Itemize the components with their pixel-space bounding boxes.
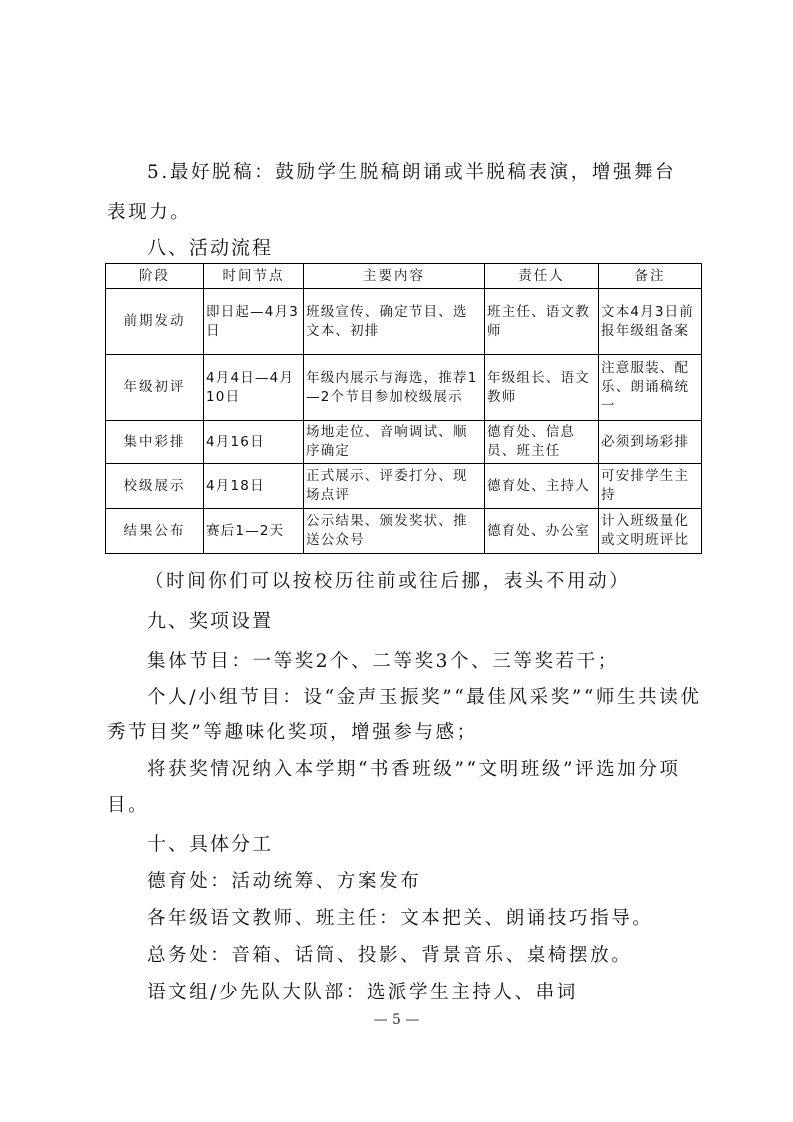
table-row: 集中彩排 4月16日 场地走位、音响调试、顺序确定 德育处、信息员、班主任 必须… [106,421,702,464]
cell-content: 班级宣传、确定节目、选文本、初排 [304,289,485,355]
section-9-title: 九、奖项设置 [147,605,273,637]
cell-time: 即日起—4月3日 [204,289,304,355]
header-content: 主要内容 [304,264,485,289]
cell-note: 注意服装、配乐、朗诵稿统一 [599,355,702,421]
cell-stage: 结果公布 [106,509,204,554]
cell-owner: 德育处、主持人 [485,464,599,509]
duty-item: 语文组/少先队大队部：选派学生主持人、串词 [147,977,578,1009]
award-credit-line-1: 将获奖情况纳入本学期“书香班级”“文明班级”评选加分项 [147,754,681,786]
cell-note: 必须到场彩排 [599,421,702,464]
cell-note: 可安排学生主持 [599,464,702,509]
table-header-row: 阶段 时间节点 主要内容 责任人 备注 [106,264,702,289]
cell-note: 计入班级量化或文明班评比 [599,509,702,554]
cell-stage: 前期发动 [106,289,204,355]
cell-time: 赛后1—2天 [204,509,304,554]
cell-stage: 年级初评 [106,355,204,421]
header-note: 备注 [599,264,702,289]
award-individual-line-1: 个人/小组节目：设“金声玉振奖”“最佳风采奖”“师生共读优 [147,682,701,714]
duty-item: 各年级语文教师、班主任：文本把关、朗诵技巧指导。 [147,903,653,935]
cell-content: 公示结果、颁发奖状、推送公众号 [304,509,485,554]
document-page: 5.最好脱稿：鼓励学生脱稿朗诵或半脱稿表演，增强舞台 表现力。 八、活动流程 阶… [0,0,793,1122]
cell-owner: 德育处、办公室 [485,509,599,554]
award-credit-line-2: 目。 [107,790,149,822]
award-individual-line-2: 秀节目奖”等趣味化奖项，增强参与感； [107,717,478,749]
page-number: — 5 — [0,1012,793,1028]
duty-item: 德育处：活动统筹、方案发布 [147,866,421,898]
cell-owner: 年级组长、语文教师 [485,355,599,421]
duty-item: 总务处：音箱、话筒、投影、背景音乐、桌椅摆放。 [147,940,632,972]
section-8-title: 八、活动流程 [147,232,273,264]
cell-owner: 班主任、语文教师 [485,289,599,355]
table-row: 结果公布 赛后1—2天 公示结果、颁发奖状、推送公众号 德育处、办公室 计入班级… [106,509,702,554]
cell-time: 4月4日—4月10日 [204,355,304,421]
schedule-remark: （时间你们可以按校历往前或往后挪，表头不用动） [145,566,630,598]
table-row: 前期发动 即日起—4月3日 班级宣传、确定节目、选文本、初排 班主任、语文教师 … [106,289,702,355]
intro-line-2: 表现力。 [107,197,191,229]
cell-time: 4月16日 [204,421,304,464]
cell-content: 场地走位、音响调试、顺序确定 [304,421,485,464]
award-collective: 集体节目：一等奖2个、二等奖3个、三等奖若干； [147,646,619,678]
cell-content: 正式展示、评委打分、现场点评 [304,464,485,509]
table-row: 年级初评 4月4日—4月10日 年级内展示与海选，推荐1—2个节目参加校级展示 … [106,355,702,421]
header-time: 时间节点 [204,264,304,289]
cell-stage: 集中彩排 [106,421,204,464]
cell-owner: 德育处、信息员、班主任 [485,421,599,464]
activity-flow-table: 阶段 时间节点 主要内容 责任人 备注 前期发动 即日起—4月3日 班级宣传、确… [105,263,702,554]
cell-note: 文本4月3日前报年级组备案 [599,289,702,355]
cell-time: 4月18日 [204,464,304,509]
cell-stage: 校级展示 [106,464,204,509]
intro-line-1: 5.最好脱稿：鼓励学生脱稿朗诵或半脱稿表演，增强舞台 [147,157,676,189]
cell-content: 年级内展示与海选，推荐1—2个节目参加校级展示 [304,355,485,421]
header-stage: 阶段 [106,264,204,289]
section-10-title: 十、具体分工 [147,828,273,860]
header-owner: 责任人 [485,264,599,289]
table-row: 校级展示 4月18日 正式展示、评委打分、现场点评 德育处、主持人 可安排学生主… [106,464,702,509]
